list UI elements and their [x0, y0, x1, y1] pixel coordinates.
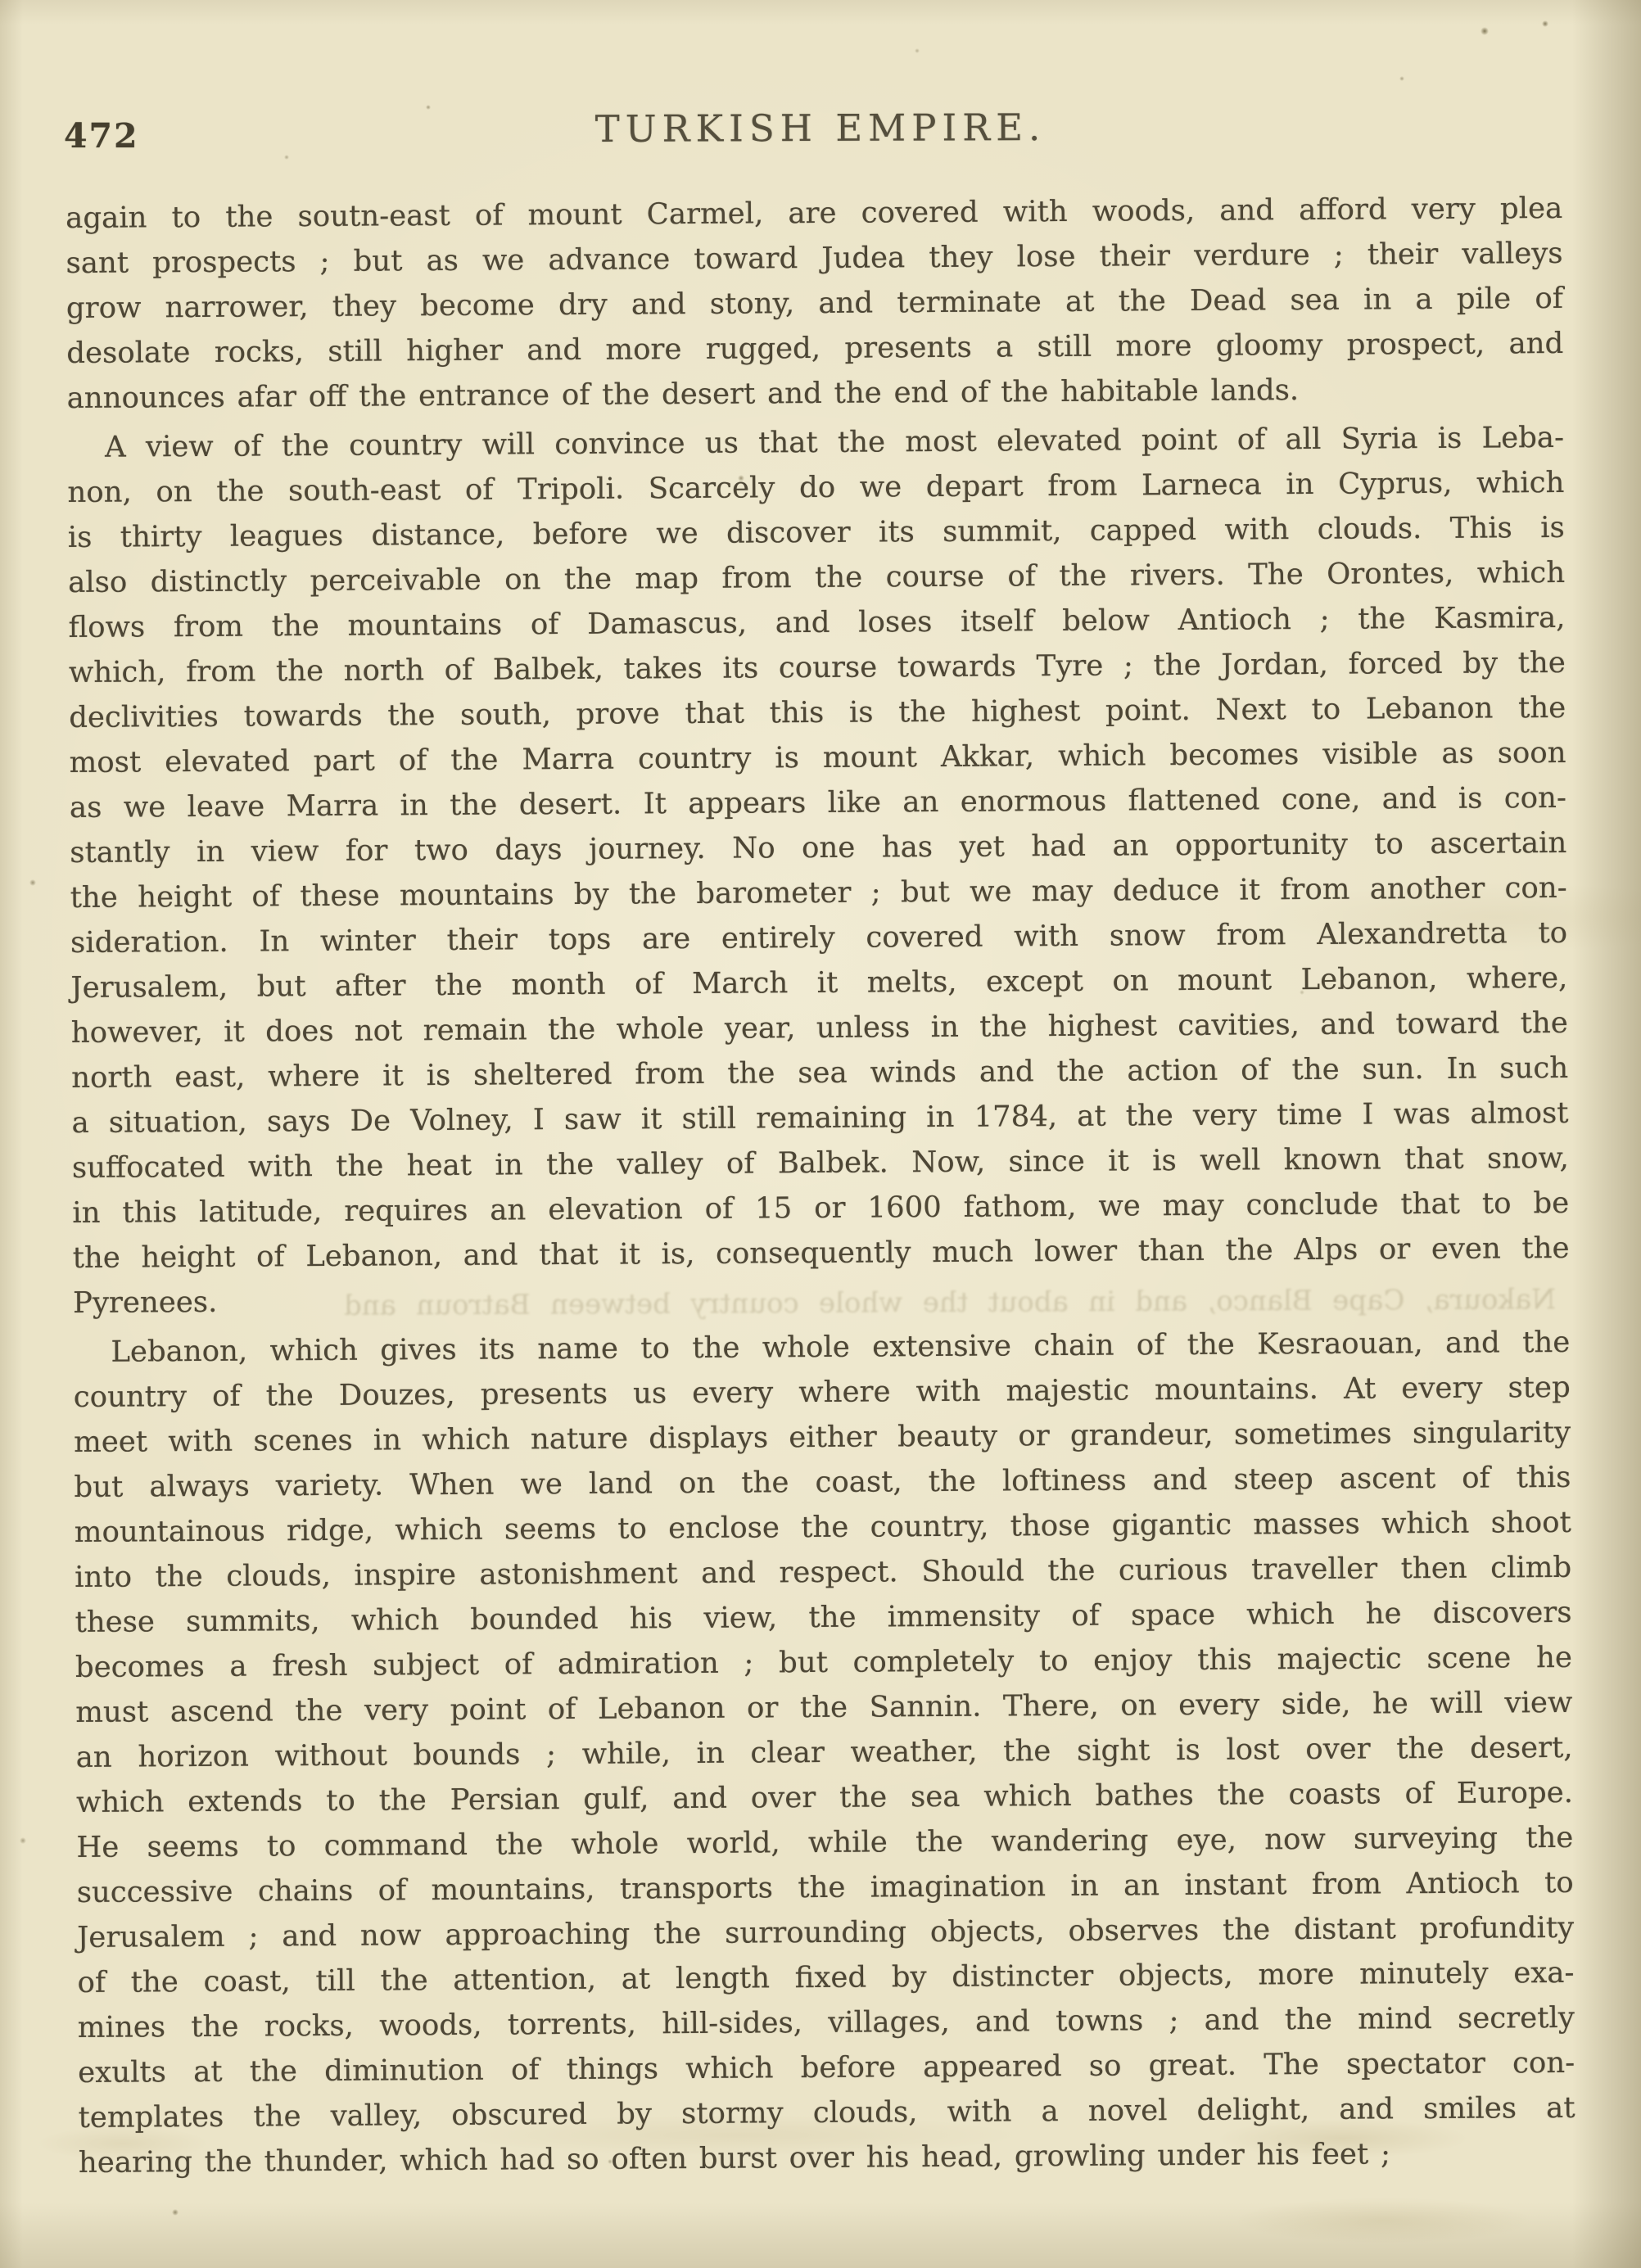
- running-header: TURKISH EMPIRE.: [0, 104, 1641, 153]
- paragraph: Lebanon, which gives its name to the who…: [73, 1320, 1575, 2185]
- text-line: announces afar off the entrance of the d…: [66, 366, 1563, 421]
- paragraph: again to the soutn-east of mount Carmel,…: [66, 186, 1564, 421]
- paragraph: A view of the country will convince us t…: [67, 415, 1570, 1326]
- text-line: hearing the thunder, which had so often …: [79, 2130, 1575, 2185]
- page-body: again to the soutn-east of mount Carmel,…: [66, 186, 1575, 2185]
- scanned-book-page: 472 TURKISH EMPIRE. again to the soutn-e…: [0, 0, 1641, 2268]
